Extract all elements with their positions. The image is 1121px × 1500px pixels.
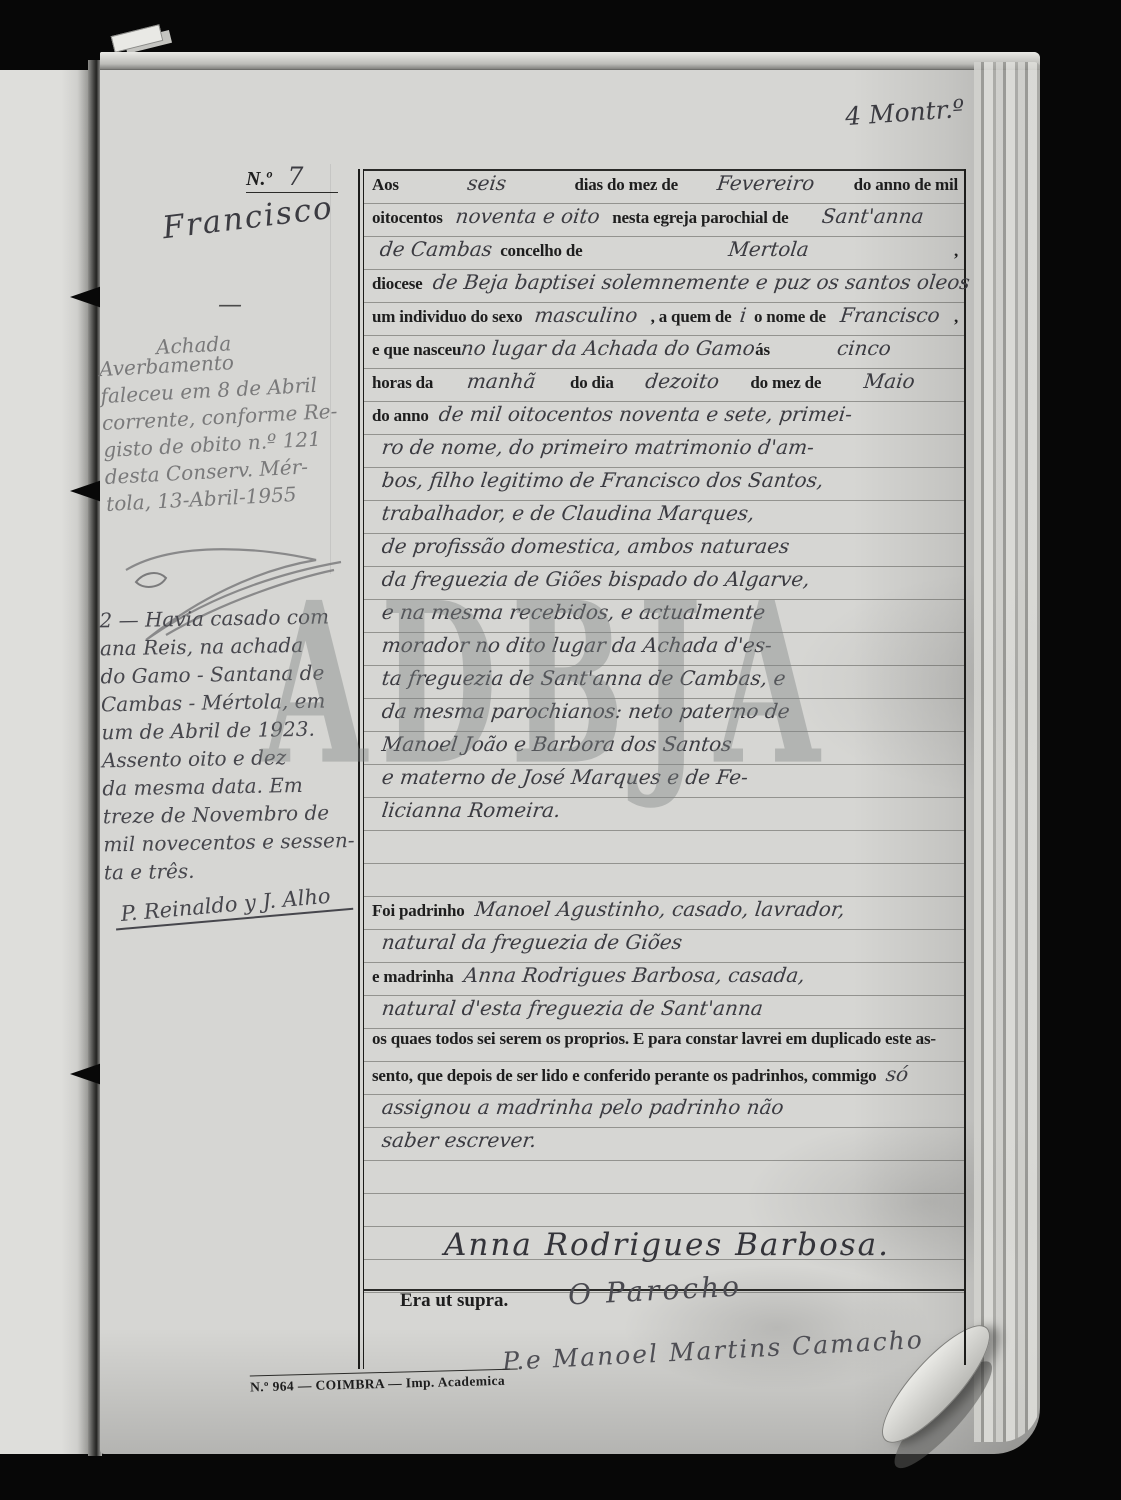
record-line: e que nasceuno lugar da Achada do Gamoás…: [364, 336, 964, 369]
margin-dash: —: [218, 290, 242, 318]
record-line: natural da freguezia de Giões: [364, 930, 964, 963]
record-line: bos, filho legitimo de Francisco dos San…: [364, 468, 964, 501]
printed-form-text: e que nasceu: [372, 340, 461, 360]
printed-form-text: dias do mez de: [574, 175, 677, 195]
printed-form-text: oitocentos: [372, 208, 443, 228]
handwritten-entry: e materno de José Marques e de Fe-: [371, 765, 960, 789]
printed-form-text: do anno: [372, 406, 429, 426]
printer-imprint: N.º 964 — COIMBRA — Imp. Academica: [250, 1368, 518, 1395]
binding-clip: [70, 286, 102, 308]
handwritten-entry: Manoel Agustinho, casado, lavrador,: [463, 897, 959, 921]
handwritten-entry: trabalhador, e de Claudina Marques,: [371, 501, 960, 525]
handwritten-entry: assignou a madrinha pelo padrinho não: [371, 1095, 960, 1119]
printed-form-text: sento, que depois de ser lido e conferid…: [372, 1066, 876, 1086]
record-line: e madrinhaAnna Rodrigues Barbosa, casada…: [364, 963, 964, 996]
record-page: 4 Montr.º N.º 7 Francisco — AchadaAverba…: [100, 52, 1040, 1454]
pencil-note-lines: AchadaAverbamentofaleceu em 8 de Abrilco…: [97, 323, 376, 518]
printed-form-text: , a quem de: [651, 307, 732, 327]
printed-form-text: Aos: [372, 175, 399, 195]
record-line: oitocentosnoventa e oitonesta egreja par…: [364, 204, 964, 237]
handwritten-entry: natural da freguezia de Giões: [371, 930, 960, 954]
record-line: de Cambasconcelho deMertola,: [364, 237, 964, 270]
ink-note-lines: 2 — Havia casado comana Reis, na achadad…: [99, 602, 380, 887]
handwritten-entry: noventa e oito: [441, 204, 614, 228]
form-border-left: [358, 169, 360, 1369]
form-border-right: [964, 169, 966, 1365]
record-line: Anna Rodrigues Barbosa.: [364, 1227, 964, 1260]
record-line: saber escrever.: [364, 1128, 964, 1161]
ink-note-line: mil novecentos e sessen-: [103, 826, 379, 859]
printed-form-text: do anno de mil: [854, 175, 958, 195]
handwritten-entry: i: [738, 303, 747, 327]
printed-form-text: ás: [755, 340, 770, 360]
priest-signature: P.e Manoel Martins Camacho: [502, 1325, 925, 1376]
record-number-label: N.º: [246, 168, 271, 191]
page-number-annotation: 4 Montr.º: [844, 94, 965, 131]
record-line: da freguezia de Giões bispado do Algarve…: [364, 567, 964, 600]
printed-form-text: horas da: [372, 373, 433, 393]
record-line: e materno de José Marques e de Fe-: [364, 765, 964, 798]
handwritten-entry: no lugar da Achada do Gamo: [460, 336, 757, 360]
ink-note-signature: P. Reinaldo y J. Alho: [114, 882, 354, 931]
handwritten-entry: dezoito: [612, 369, 752, 393]
handwritten-entry: manhã: [432, 369, 572, 393]
printed-form-text: do dia: [570, 373, 614, 393]
printed-form-text: do mez de: [750, 373, 821, 393]
printed-form-text: concelho de: [500, 241, 582, 261]
record-line: assignou a madrinha pelo padrinho não: [364, 1095, 964, 1128]
facing-page-edge: [0, 70, 88, 1454]
record-line: os quaes todos sei serem os proprios. E …: [364, 1029, 964, 1062]
scanned-baptism-record: { "document": { "page_annotation": "4 Mo…: [0, 0, 1121, 1500]
record-line: natural d'esta freguezia de Sant'anna: [364, 996, 964, 1029]
handwritten-entry: bos, filho legitimo de Francisco dos San…: [371, 468, 960, 492]
record-line: [364, 1194, 964, 1227]
page-tab: [111, 24, 164, 53]
handwritten-entry: da mesma parochianos: neto paterno de: [371, 699, 960, 723]
margin-name: Francisco: [160, 190, 335, 247]
handwritten-entry: Francisco: [824, 303, 955, 327]
handwritten-entry: seis: [397, 171, 576, 195]
handwritten-entry: Sant'anna: [787, 204, 960, 228]
record-line: ro de nome, do primeiro matrimonio d'am-: [364, 435, 964, 468]
record-line: do annode mil oitocentos noventa e sete,…: [364, 402, 964, 435]
record-line: Foi padrinhoManoel Agustinho, casado, la…: [364, 897, 964, 930]
record-line: Manoel João e Barbora dos Santos: [364, 732, 964, 765]
ink-note: 2 — Havia casado comana Reis, na achadad…: [99, 602, 380, 923]
record-line: Aosseisdias do mez deFevereirodo anno de…: [364, 171, 964, 204]
record-line: [364, 1161, 964, 1194]
era-ut-supra: Era ut supra.: [400, 1290, 508, 1312]
handwritten-entry: ta freguezia de Sant'anna de Cambas, e: [371, 666, 960, 690]
handwritten-entry: Anna Rodrigues Barbosa, casada,: [452, 963, 959, 987]
handwritten-entry: Maio: [820, 369, 960, 393]
printed-form-text: Foi padrinho: [372, 901, 465, 921]
printed-form-text: um individuo do sexo: [372, 307, 522, 327]
printed-form-text: e madrinha: [372, 967, 454, 987]
record-line: e na mesma recebidos, e actualmente: [364, 600, 964, 633]
record-number-value: 7: [287, 162, 303, 191]
handwritten-entry: licianna Romeira.: [371, 798, 960, 822]
record-line: de profissão domestica, ambos naturaes: [364, 534, 964, 567]
handwritten-entry: masculino: [521, 303, 652, 327]
binding-clip: [70, 480, 102, 502]
handwritten-entry: ro de nome, do primeiro matrimonio d'am-: [371, 435, 960, 459]
printed-form-text: os quaes todos sei serem os proprios. E …: [372, 1029, 936, 1049]
handwritten-entry: de Beja baptisei solemnemente e puz os s…: [421, 270, 971, 294]
handwritten-entry: cinco: [768, 336, 959, 360]
handwritten-entry: e na mesma recebidos, e actualmente: [371, 600, 960, 624]
printed-form-text: diocese: [372, 274, 423, 294]
handwritten-entry: só: [875, 1062, 959, 1086]
handwritten-entry: morador no dito lugar da Achada d'es-: [371, 633, 960, 657]
record-lines: Aosseisdias do mez deFevereirodo anno de…: [364, 169, 964, 1291]
record-line: morador no dito lugar da Achada d'es-: [364, 633, 964, 666]
page-edge-stack: [974, 62, 1040, 1442]
binding-clip: [70, 1063, 102, 1085]
handwritten-entry: da freguezia de Giões bispado do Algarve…: [371, 567, 960, 591]
handwritten-entry: Manoel João e Barbora dos Santos: [371, 732, 960, 756]
record-line: [364, 831, 964, 864]
handwritten-entry: Fevereiro: [676, 171, 855, 195]
printed-form-text: nesta egreja parochial de: [612, 208, 788, 228]
printed-form-text: o nome de: [754, 307, 826, 327]
record-line: sento, que depois de ser lido e conferid…: [364, 1062, 964, 1095]
handwritten-entry: de profissão domestica, ambos naturaes: [371, 534, 960, 558]
record-number: N.º 7: [246, 162, 338, 193]
handwritten-entry: Mertola: [581, 237, 955, 261]
handwritten-entry: natural d'esta freguezia de Sant'anna: [371, 996, 960, 1020]
record-line: horas damanhãdo diadezoitodo mez deMaio: [364, 369, 964, 402]
record-line: licianna Romeira.: [364, 798, 964, 831]
handwritten-entry: Anna Rodrigues Barbosa.: [372, 1227, 958, 1263]
handwritten-entry: saber escrever.: [371, 1128, 960, 1152]
record-line: diocesede Beja baptisei solemnemente e p…: [364, 270, 964, 303]
handwritten-entry: de mil oitocentos noventa e sete, primei…: [427, 402, 959, 426]
record-line: ta freguezia de Sant'anna de Cambas, e: [364, 666, 964, 699]
ink-note-line: ta e três.: [104, 854, 380, 887]
record-line: trabalhador, e de Claudina Marques,: [364, 501, 964, 534]
handwritten-entry: de Cambas: [379, 237, 494, 261]
record-line: da mesma parochianos: neto paterno de: [364, 699, 964, 732]
record-line: um individuo do sexomasculino, a quem de…: [364, 303, 964, 336]
record-line: [364, 864, 964, 897]
